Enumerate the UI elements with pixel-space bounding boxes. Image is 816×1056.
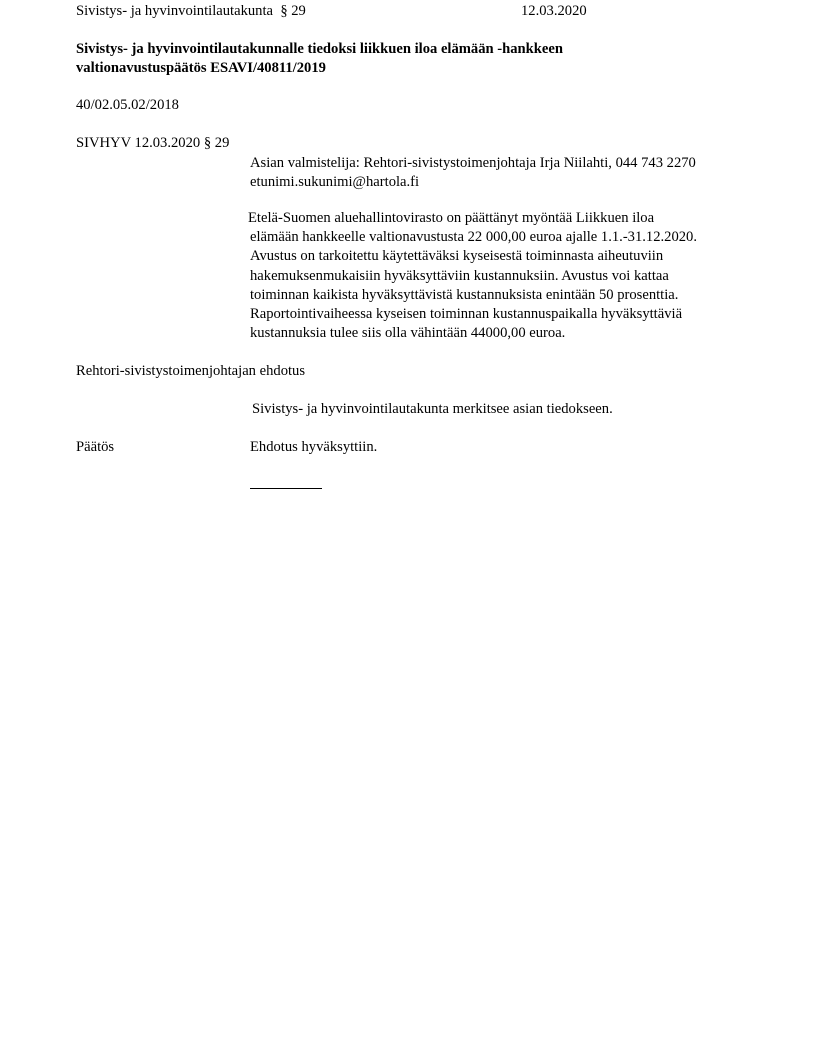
meeting-reference: SIVHYV 12.03.2020 § 29 xyxy=(76,134,229,153)
body-line: hakemuksenmukaisiin hyväksyttäviin kusta… xyxy=(250,267,697,286)
body-line: elämään hankkeelle valtionavustusta 22 0… xyxy=(250,228,697,247)
body-line: Raportointivaiheessa kyseisen toiminnan … xyxy=(250,305,697,324)
body-line: toiminnan kaikista hyväksyttävistä kusta… xyxy=(250,286,697,305)
record-number: 40/02.05.02/2018 xyxy=(76,96,179,115)
body-line: kustannuksia tulee siis olla vähintään 4… xyxy=(250,324,697,343)
proposal-text: Sivistys- ja hyvinvointilautakunta merki… xyxy=(252,400,613,419)
decision-label: Päätös xyxy=(76,438,114,457)
preparer-email: etunimi.sukunimi@hartola.fi xyxy=(250,173,419,192)
header-section: § 29 xyxy=(280,3,306,19)
header-committee-name: Sivistys- ja hyvinvointilautakunta xyxy=(76,3,273,19)
body-paragraph: Etelä-Suomen aluehallintovirasto on päät… xyxy=(250,209,697,343)
document-title-line-1: Sivistys- ja hyvinvointilautakunnalle ti… xyxy=(76,40,563,59)
header-date: 12.03.2020 xyxy=(521,2,587,21)
proposal-label: Rehtori-sivistystoimenjohtajan ehdotus xyxy=(76,362,305,381)
document-title-line-2: valtionavustuspäätös ESAVI/40811/2019 xyxy=(76,59,326,78)
closing-rule xyxy=(250,488,322,489)
decision-text: Ehdotus hyväksyttiin. xyxy=(250,438,377,457)
header-committee: Sivistys- ja hyvinvointilautakunta § 29 xyxy=(76,2,306,21)
body-line: Etelä-Suomen aluehallintovirasto on päät… xyxy=(248,209,697,228)
body-line: Avustus on tarkoitettu käytettäväksi kys… xyxy=(250,247,697,266)
preparer-line: Asian valmistelija: Rehtori-sivistystoim… xyxy=(250,154,696,173)
